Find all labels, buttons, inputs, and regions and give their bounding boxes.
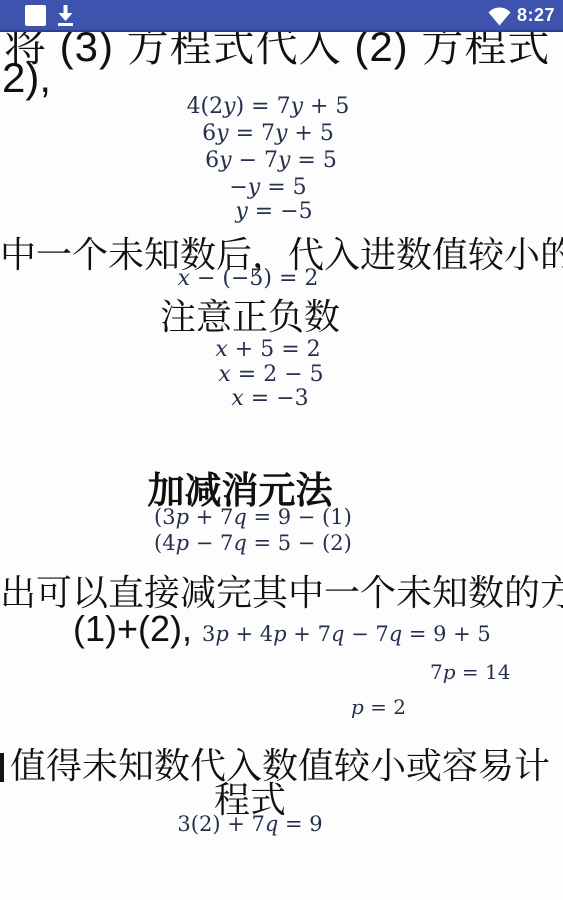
equation-system-line-1: (3p + 7q = 9 − (1) [154, 504, 352, 530]
equation-substitution-step-3: 6y − 7y = 5 [205, 148, 337, 173]
equation-substitution-step-5: y = −5 [235, 199, 312, 224]
note-sign-warning: 注意正负数 [160, 289, 340, 340]
equation-substitution-step-1: 4(2y) = 7y + 5 [187, 94, 350, 119]
equation-substitution-step-2: 6y = 7y + 5 [202, 121, 334, 146]
status-bar[interactable]: 8:27 [0, 0, 563, 32]
equation-substitution-step-4: −y = 5 [229, 175, 306, 200]
clipped-char-fragment [0, 753, 4, 782]
equation-x-substituted: x − (−5) = 2 [178, 266, 319, 291]
equation-back-substitution: 3(2) + 7q = 9 [177, 812, 322, 836]
equation-combine: 3p + 4p + 7q − 7q = 9 + 5 [202, 622, 491, 646]
download-icon [55, 4, 76, 33]
wifi-icon [487, 5, 512, 32]
phone-screen: 将 (3) 方程式代入 (2) 方程式 2), 4(2y) = 7y + 5 6… [0, 0, 563, 900]
sentence-wrap-fragment: 2), [2, 54, 51, 102]
clock-time: 8:27 [517, 5, 555, 26]
operation-label: (1)+(2), [73, 608, 192, 650]
equation-x-step-3: x = −3 [231, 386, 308, 411]
equation-combine-row: (1)+(2), 3p + 4p + 7q − 7q = 9 + 5 [73, 608, 491, 650]
equation-p-value: p = 2 [351, 695, 406, 719]
equation-7p: 7p = 14 [430, 660, 510, 684]
equation-x-step-2: x = 2 − 5 [218, 362, 323, 387]
square-notification-icon [25, 5, 46, 26]
equation-system-line-2: (4p − 7q = 5 − (2) [154, 530, 352, 556]
document-content[interactable]: 将 (3) 方程式代入 (2) 方程式 2), 4(2y) = 7y + 5 6… [0, 0, 563, 900]
equation-x-step-1: x + 5 = 2 [215, 337, 320, 362]
